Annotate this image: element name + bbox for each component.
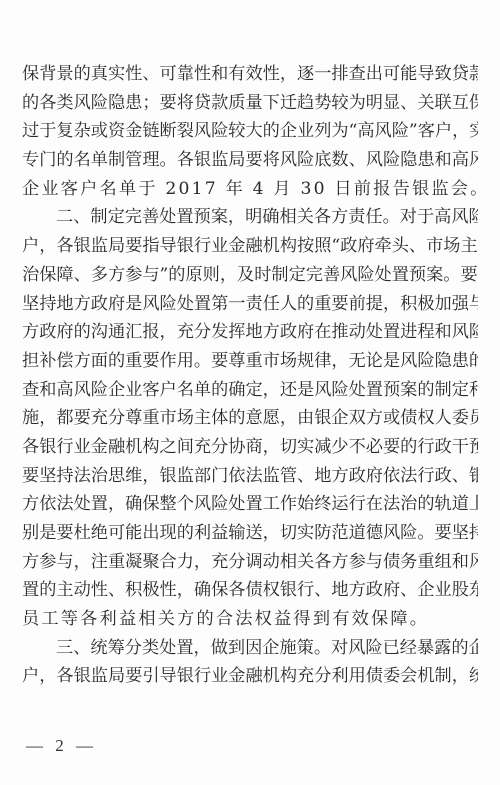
section-heading-2: 二、制定完善处置预案，明确相关各方责任。对于高风险客: [22, 203, 478, 232]
document-body: 保背景的真实性、可靠性和有效性，逐一排查出可能导致贷款损失 的各类风险隐患；要将…: [22, 60, 478, 691]
text-line-9: 坚持地方政府是风险处置第一责任人的重要前提，积极加强与地: [22, 290, 478, 319]
text-line-4: 专门的名单制管理。各银监局要将风险底数、风险隐患和高风险: [22, 146, 478, 175]
text-line-19: 置的主动性、积极性，确保各债权银行、地方政府、企业股东、内部: [22, 576, 478, 605]
text-line-20: 员工等各利益相关方的合法权益得到有效保障。: [22, 605, 478, 634]
text-line-13: 施，都要充分尊重市场主体的意愿，由银企双方或债权人委员会内: [22, 404, 478, 433]
text-line-1: 保背景的真实性、可靠性和有效性，逐一排查出可能导致贷款损失: [22, 60, 478, 89]
text-line-7: 户，各银监局要指导银行业金融机构按照“政府牵头、市场主导、法: [22, 232, 478, 261]
document-page: 保背景的真实性、可靠性和有效性，逐一排查出可能导致贷款损失 的各类风险隐患；要将…: [0, 0, 500, 785]
text-line-14: 各银行业金融机构之间充分协商，切实减少不必要的行政干预。: [22, 433, 478, 462]
text-line-17: 别是要杜绝可能出现的利益输送，切实防范道德风险。要坚持多: [22, 519, 478, 548]
text-line-16: 方依法处置，确保整个风险处置工作始终运行在法治的轨道上，特: [22, 490, 478, 519]
text-line-10: 方政府的沟通汇报，充分发挥地方政府在推动处置进程和风险分: [22, 318, 478, 347]
text-line-8: 治保障、多方参与”的原则，及时制定完善风险处置预案。要始终: [22, 261, 478, 290]
section-heading-3: 三、统筹分类处置，做到因企施策。对风险已经暴露的企业客: [22, 634, 478, 663]
text-line-2: 的各类风险隐患；要将贷款质量下迁趋势较为明显、关联互保层次: [22, 89, 478, 118]
text-line-15: 要坚持法治思维，银监部门依法监管、地方政府依法行政、银企双: [22, 462, 478, 491]
text-line-22: 户，各银监局要引导银行业金融机构充分利用债委会机制，统筹规: [22, 662, 478, 691]
text-line-3: 过于复杂或资金链断裂风险较大的企业列为“高风险”客户，实行: [22, 117, 478, 146]
text-line-12: 查和高风险企业客户名单的确定，还是风险处置预案的制定和实: [22, 376, 478, 405]
text-line-18: 方参与，注重凝聚合力，充分调动相关各方参与债务重组和风险处: [22, 548, 478, 577]
page-number: — 2 —: [26, 736, 97, 756]
text-line-5: 企业客户名单于 2017 年 4 月 30 日前报告银监会。: [22, 175, 478, 204]
text-line-11: 担补偿方面的重要作用。要尊重市场规律，无论是风险隐患的排: [22, 347, 478, 376]
